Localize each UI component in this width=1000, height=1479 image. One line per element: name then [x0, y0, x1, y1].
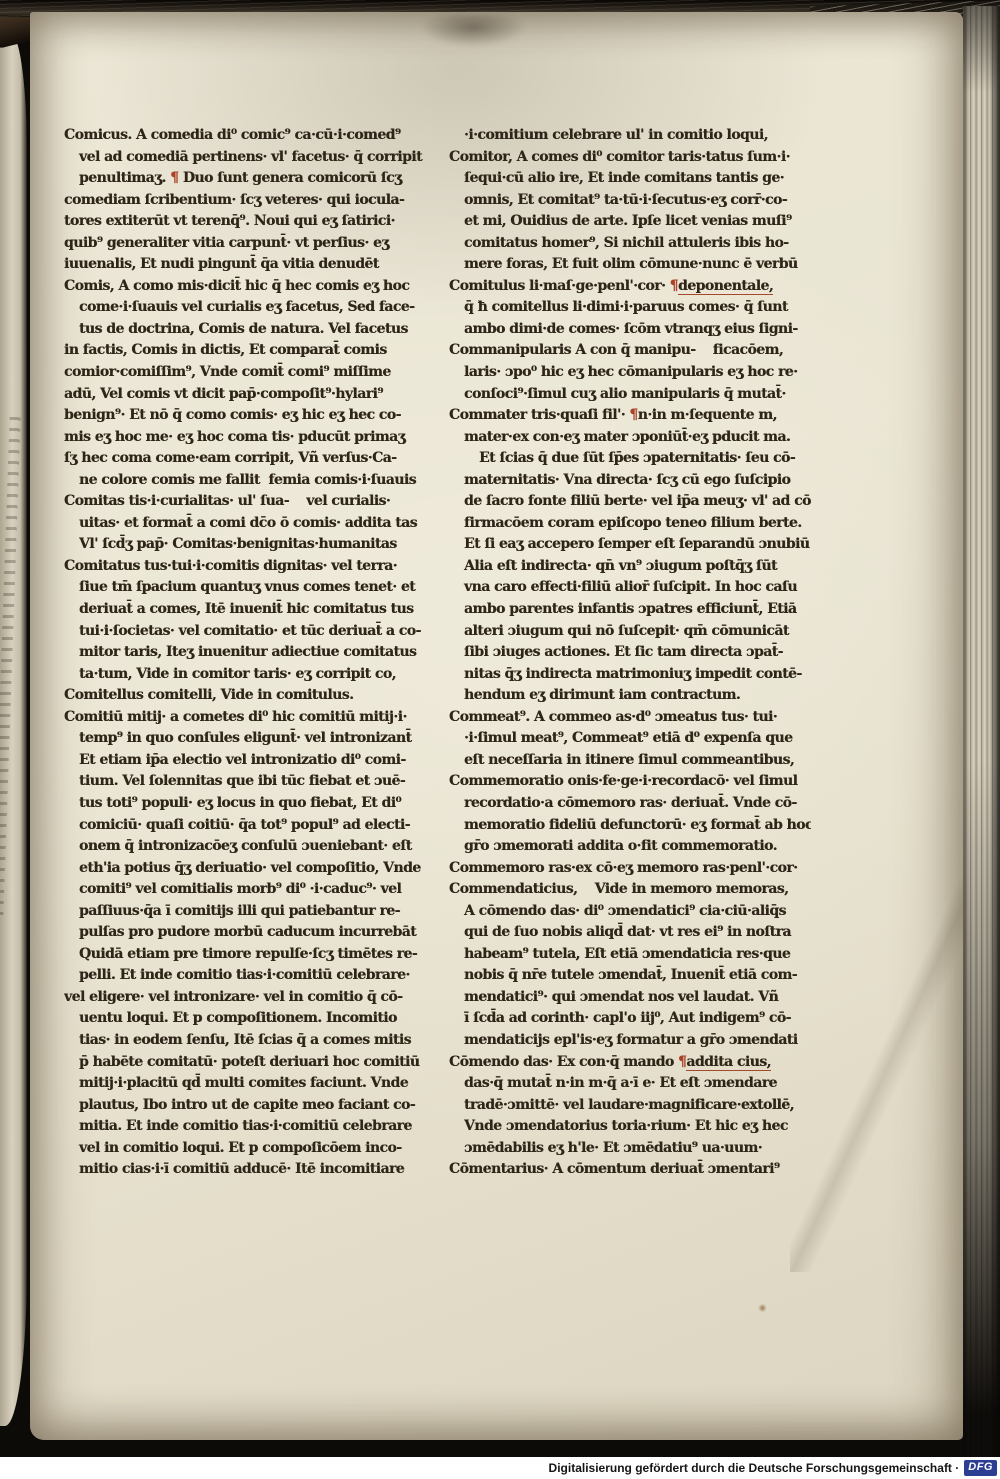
manuscript-page: Comicus. A comedia di⁰ comic⁹ ca·cū·i·co… — [30, 12, 963, 1440]
text-line: Cōmendo das· Ex con·q̄ mando ¶addita ciu… — [449, 1052, 811, 1074]
text-line: Cōmentarius· A cōmentum deriuat̄ ɔmentar… — [449, 1159, 811, 1181]
text-line: Commanipularis A con q̄ manipu- ficacōem… — [449, 340, 811, 362]
text-line: memoratio fideliū defunctorū· eʒ format̄… — [449, 815, 811, 837]
text-line: mater·ex con·eʒ mater ɔponiūt̄·eʒ pducit… — [449, 427, 811, 449]
text-line: conſoci⁹·ſimul cuʒ alio manipularis q̄ m… — [449, 384, 811, 406]
text-line: nitas q̄ʒ indirecta matrimoniuʒ impedit … — [449, 664, 811, 686]
text-line: Commater tris·quaſi fil'· ¶n·in m·ſequen… — [449, 405, 811, 427]
text-line: Et ſi eaʒ accepero ſemper eſt ſeparandū … — [449, 534, 811, 556]
text-line: de ſacro fonte filiū berte· vel ip̄a meu… — [449, 491, 811, 513]
text-line: mitio cias·i·ī comitiū adducē· Itē incom… — [64, 1159, 438, 1181]
text-line: q̄ ħ comitellus li·dimi·i·paruus comes· … — [449, 297, 811, 319]
text-line: ī ſcd̄a ad corinth· capl'o iij⁰, Aut ind… — [449, 1008, 811, 1030]
text-line: comior·comiſſim⁹, Vnde comit̄ comi⁹ miſſ… — [64, 362, 438, 384]
text-line: Comitor, A comes di⁰ comitor taris·tatus… — [449, 147, 811, 169]
text-line: Commeat⁹. A commeo as·d⁰ ɔmeatus tus· tu… — [449, 707, 811, 729]
text-line: ambo parentes infantis ɔpatres efficiunt… — [449, 599, 811, 621]
text-line: plautus, Ibo intro ut de capite meo faci… — [64, 1095, 438, 1117]
text-line: ta·tum, Vide in comitor taris· eʒ corrip… — [64, 664, 438, 686]
text-line: Comitulus li·maſ·ge·penl'·cor· ¶deponent… — [449, 276, 811, 298]
text-line: nobis q̄ nr̄e tutele ɔmendat̄, Inuenit̄ … — [449, 965, 811, 987]
text-line: mendatici⁹· qui ɔmendat nos vel laudat. … — [449, 987, 811, 1009]
text-line: ſiue tm̄ ſpacium quantuʒ vnus comes tene… — [64, 577, 438, 599]
text-column-left: Comicus. A comedia di⁰ comic⁹ ca·cū·i·co… — [64, 125, 438, 1181]
text-line: benign⁹· Et nō q̄ como comis· eʒ hic eʒ … — [64, 405, 438, 427]
text-line: ſequi·cū alio ire, Et inde comitans tant… — [449, 168, 811, 190]
text-line: uitas· et format̄ a comi dc̄o ō comis· a… — [64, 513, 438, 535]
text-line: mis eʒ hoc me· eʒ hoc coma tis· pducūt p… — [64, 427, 438, 449]
text-line: Et etiam ip̄a electio vel intronizatio d… — [64, 750, 438, 772]
watermark-text: Digitalisierung gefördert durch die Deut… — [549, 1461, 960, 1475]
text-line: laris· ɔpo⁰ hic eʒ hec cōmanipularis eʒ … — [449, 362, 811, 384]
text-line: tradē·ɔmittē· vel laudare·magnificare·ex… — [449, 1095, 811, 1117]
text-line: comiciū· quaſi coitiū· q̄a tot⁹ popul⁹ a… — [64, 815, 438, 837]
text-line: Alia eſt indirecta· qn̄ vn⁹ ɔiugum poſtq… — [449, 556, 811, 578]
text-line: come·i·ſuauis vel curialis eʒ facetus, S… — [64, 297, 438, 319]
text-line: mitij·i·placitū qd̄ multi comites faciun… — [64, 1073, 438, 1095]
text-line: mere foras, Et fuit olim cōmune·nunc ē v… — [449, 254, 811, 276]
text-line: ſibi ɔiuges actiones. Et ſic tam directa… — [449, 642, 811, 664]
text-line: recordatio·a cōmemoro ras· deriuat̄. Vnd… — [449, 793, 811, 815]
text-line: Comis, A como mis·dicit̄ hic q̄ hec comi… — [64, 276, 438, 298]
text-line: Commemoro ras·ex cō·eʒ memoro ras·penl'·… — [449, 858, 811, 880]
text-line: firmacōem coram epiſcopo teneo filium be… — [449, 513, 811, 535]
text-line: ·i·ſimul meat⁹, Commeat⁹ etiā d⁰ expenſa… — [449, 728, 811, 750]
text-line: temp⁹ in quo conſules eligunt̄· vel intr… — [64, 728, 438, 750]
fox-spot-stain — [758, 1304, 767, 1312]
text-line: Comitas tis·i·curialitas· ul' ſua- vel c… — [64, 491, 438, 513]
text-line: mitia. Et inde comitio tias·i·comitiū ce… — [64, 1116, 438, 1138]
text-line: tium. Vel ſolennitas que ibi tūc fiebat … — [64, 771, 438, 793]
text-line: mendaticijs epl'is·eʒ formatur a gr̄o ɔm… — [449, 1030, 811, 1052]
text-line: Comicus. A comedia di⁰ comic⁹ ca·cū·i·co… — [64, 125, 438, 147]
dfg-logo: DFG — [964, 1460, 997, 1476]
text-line: p̄ habēte comitatū· poteſt deriuari hoc … — [64, 1052, 438, 1074]
text-line: comediam ſcribentium· ſcʒ veteres· qui i… — [64, 190, 438, 212]
text-line: habeam⁹ tutela, Eſt etiā ɔmendaticia res… — [449, 944, 811, 966]
text-line: omnis, Et comitat⁹ ta·tū·i·ſecutus·eʒ co… — [449, 190, 811, 212]
text-line: maternitatis· Vna directa· ſcʒ cū ego ſu… — [449, 470, 811, 492]
text-line: Quidā etiam pre timore repulſe·ſcʒ timēt… — [64, 944, 438, 966]
ink-smudge-stain — [418, 14, 528, 48]
text-line: qui de ſuo nobis aliqd̄ dat· vt res ei⁹ … — [449, 922, 811, 944]
text-line: A cōmendo das· di⁰ ɔmendatici⁹ cia·ciū·a… — [449, 901, 811, 923]
text-line: pelli. Et inde comitio tias·i·comitiū ce… — [64, 965, 438, 987]
text-line: uentu loqui. Et p compoſitionem. Incomit… — [64, 1008, 438, 1030]
text-line: tores extiterūt vt terenq̄⁹. Noui qui eʒ… — [64, 211, 438, 233]
text-line: mitor taris, Iteʒ inuenitur adiectiue co… — [64, 642, 438, 664]
text-line: ambo dimi·de comes· ſcōm vtranqʒ eius ſi… — [449, 319, 811, 341]
text-line: comiti⁹ vel comitialis morb⁹ di⁰ ·i·cadu… — [64, 879, 438, 901]
text-line: vel ad comediā pertinens· vl' facetus· q… — [64, 147, 438, 169]
dfg-watermark-bar: Digitalisierung gefördert durch die Deut… — [0, 1457, 1000, 1479]
text-line: ɔmēdabilis eʒ h'le· Et ɔmēdatiu⁹ ua·uum· — [449, 1138, 811, 1160]
text-column-right: ·i·comitium celebrare ul' in comitio loq… — [449, 125, 811, 1181]
text-line: pulſas pro pudore morbū caducum incurreb… — [64, 922, 438, 944]
text-line: ·i·comitium celebrare ul' in comitio loq… — [449, 125, 811, 147]
text-line: Et ſcias q̄ due ſūt ſp̄es ɔpaternitatis·… — [449, 448, 811, 470]
text-line: eth'ia potius q̄ʒ deriuatio· vel compoſi… — [64, 858, 438, 880]
text-line: Comitatus tus·tui·i·comitis dignitas· ve… — [64, 556, 438, 578]
text-line: iuuenalis, Et nudi pingunt̄ q̄a vitia de… — [64, 254, 438, 276]
text-line: gr̄o ɔmemorati addita o·fit commemoratio… — [449, 836, 811, 858]
text-line: Vl' ſcd̄ʒ pap̄· Comitas·benignitas·human… — [64, 534, 438, 556]
text-line: ne colore comis me fallit femia comis·i·… — [64, 470, 438, 492]
text-line: tias· in eodem ſenſu, Itē ſcias q̄ a com… — [64, 1030, 438, 1052]
text-line: in factis, Comis in dictis, Et comparat̄… — [64, 340, 438, 362]
parchment-crease — [790, 852, 990, 1272]
text-line: tui·i·ſocietas· vel comitatio· et tūc de… — [64, 621, 438, 643]
text-line: tus de doctrina, Comis de natura. Vel fa… — [64, 319, 438, 341]
text-line: alteri ɔiugum qui nō ſuſcepit· qm̄ cōmun… — [449, 621, 811, 643]
text-line: eſt neceſſaria in itinere ſimul commeant… — [449, 750, 811, 772]
text-line: tus toti⁹ populi· eʒ locus in quo fiebat… — [64, 793, 438, 815]
book-fore-edge — [963, 6, 1000, 1458]
text-line: deriuat̄ a comes, Itē inuenit̄ hic comit… — [64, 599, 438, 621]
text-line: das·q̄ mutat̄ n·in m·q̄ a·ī e· Et eſt ɔm… — [449, 1073, 811, 1095]
text-line: adū, Vel comis vt dicit pap̄·compoſit⁹·h… — [64, 384, 438, 406]
text-line: vel eligere· vel intronizare· vel in com… — [64, 987, 438, 1009]
text-line: vel in comitio loqui. Et p compoſicōem i… — [64, 1138, 438, 1160]
text-line: Comitiū mitij· a cometes di⁰ hic comitiū… — [64, 707, 438, 729]
text-line: paſſiuus·q̄a ī comitijs illi qui patieba… — [64, 901, 438, 923]
text-line: comitatus homer⁹, Si nichil attuleris ib… — [449, 233, 811, 255]
text-line: Commendaticius, Vide in memoro memoras, — [449, 879, 811, 901]
text-line: onem q̄ intronizacōeʒ conſulū ɔueniebant… — [64, 836, 438, 858]
text-line: quib⁹ generaliter vitia carpunt̄· vt per… — [64, 233, 438, 255]
text-line: penultimaʒ. ¶ Duo ſunt genera comicorū ſ… — [64, 168, 438, 190]
text-line: Commemoratio onis·fe·ge·i·recordacō· vel… — [449, 771, 811, 793]
text-line: ſʒ hec coma come·eam corripit, Vñ verſus… — [64, 448, 438, 470]
text-line: et mi, Ouidius de arte. Ipſe licet venia… — [449, 211, 811, 233]
text-line: Vnde ɔmendatorius toria·rium· Et hic eʒ … — [449, 1116, 811, 1138]
text-line: hendum eʒ dirimunt iam contractum. — [449, 685, 811, 707]
text-line: Comitellus comitelli, Vide in comitulus. — [64, 685, 438, 707]
text-line: vna caro effecti·filiū alior̄ ſuſcipit. … — [449, 577, 811, 599]
